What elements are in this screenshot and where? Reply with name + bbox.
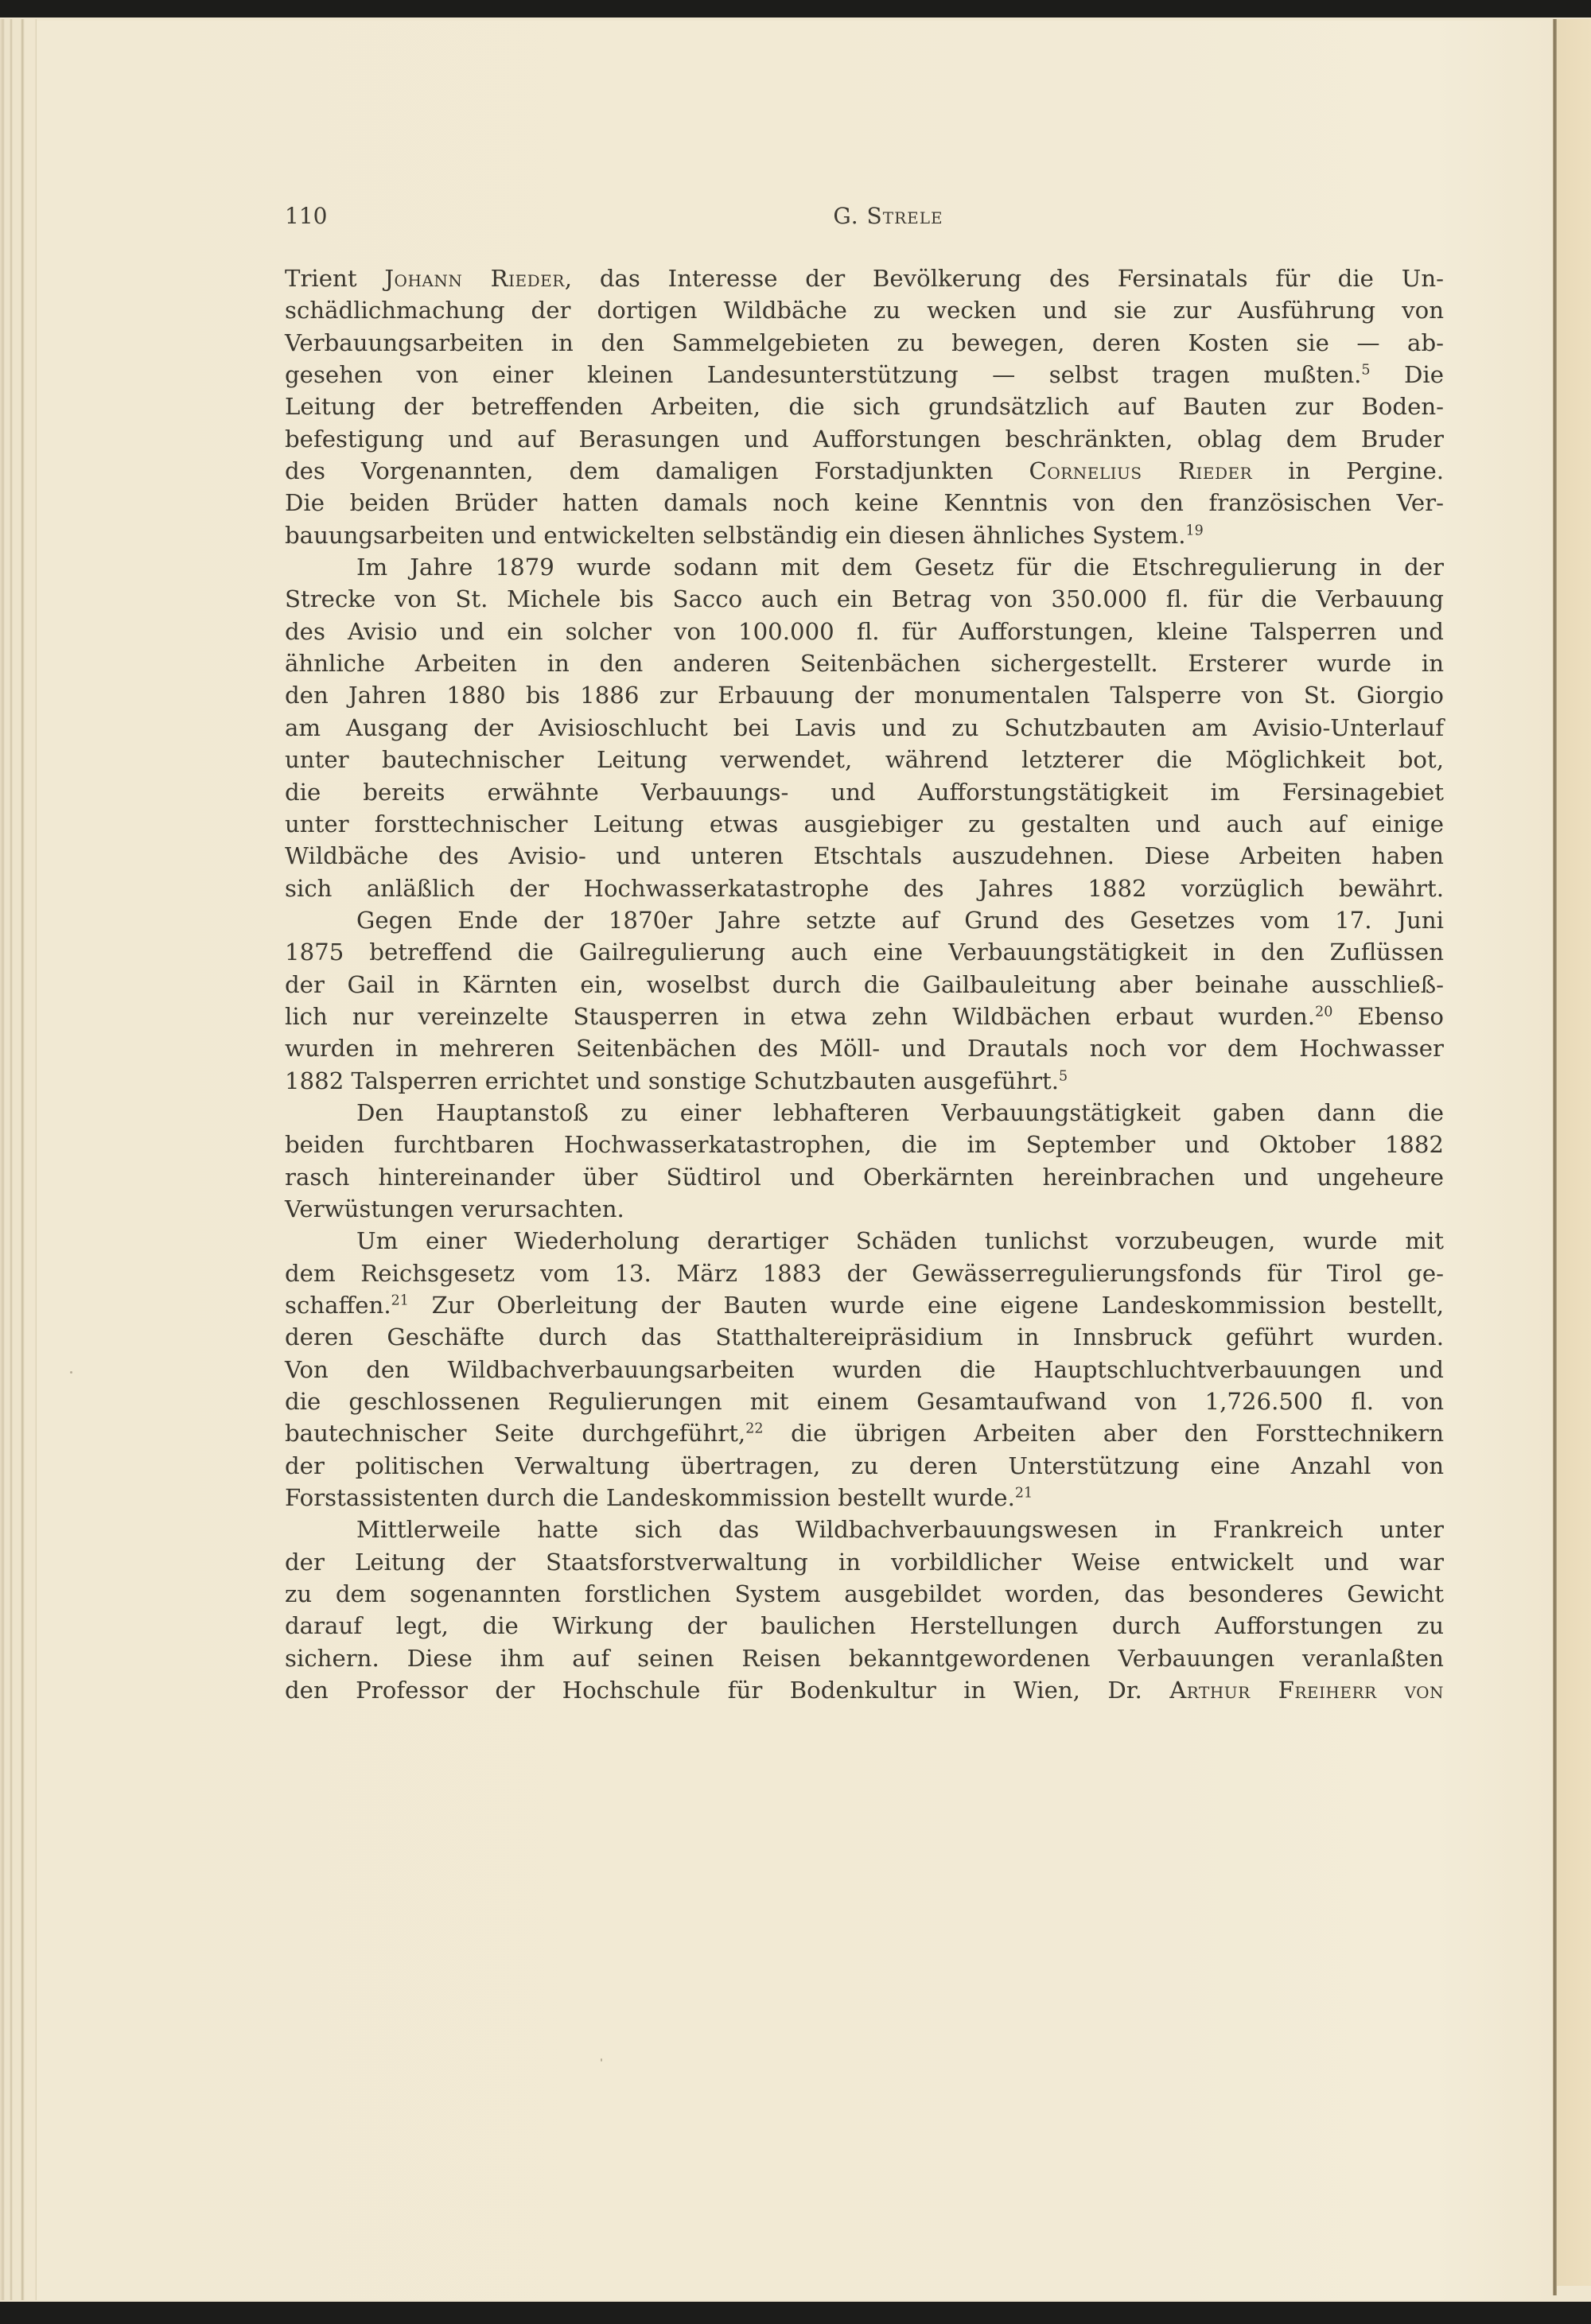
text-line: schaffen.21 Zur Oberleitung der Bauten w… — [285, 1289, 1444, 1321]
text-line: Leitung der betreffenden Arbeiten, die s… — [285, 391, 1444, 422]
footnote-reference: 20 — [1315, 1004, 1332, 1020]
text-line: am Ausgang der Avisioschlucht bei Lavis … — [285, 712, 1444, 744]
text-line: der politischen Verwaltung übertragen, z… — [285, 1450, 1444, 1482]
text-line: lich nur vereinzelte Stausperren in etwa… — [285, 1001, 1444, 1032]
text-line: Um einer Wiederholung derartiger Schäden… — [285, 1225, 1444, 1257]
person-name: Cornelius Rieder — [1029, 457, 1252, 484]
text-line: wurden in mehreren Seitenbächen des Möll… — [285, 1032, 1444, 1064]
text-line: die geschlossenen Regulierungen mit eine… — [285, 1385, 1444, 1417]
running-head: 110 G. Strele — [285, 203, 1444, 235]
text-line: bautechnischer Seite durchgeführt,22 die… — [285, 1417, 1444, 1449]
text-line: unter bautechnischer Leitung verwendet, … — [285, 744, 1444, 775]
text-line: Wildbäche des Avisio- und unteren Etscht… — [285, 840, 1444, 872]
text-line: Gegen Ende der 1870er Jahre setzte auf G… — [285, 904, 1444, 936]
paper-speck — [70, 1371, 72, 1374]
body-text: Trient Johann Rieder, das Interesse der … — [285, 262, 1444, 1706]
text-line: des Vorgenannten, dem damaligen Forstadj… — [285, 455, 1444, 487]
text-line: der Gail in Kärnten ein, woselbst durch … — [285, 969, 1444, 1001]
text-line: deren Geschäfte durch das Statthaltereip… — [285, 1321, 1444, 1353]
text-line: dem Reichsgesetz vom 13. März 1883 der G… — [285, 1257, 1444, 1289]
text-line: den Professor der Hochschule für Bodenku… — [285, 1674, 1444, 1706]
stacked-page-edges — [0, 19, 37, 2300]
text-line: Mittlerweile hatte sich das Wildbachverb… — [285, 1514, 1444, 1545]
text-line: Im Jahre 1879 wurde sodann mit dem Geset… — [285, 551, 1444, 583]
text-line: der Leitung der Staatsforstverwaltung in… — [285, 1546, 1444, 1578]
text-line: Verbauungsarbeiten in den Sammelgebieten… — [285, 327, 1444, 359]
text-line: Von den Wildbachverbauungsarbeiten wurde… — [285, 1354, 1444, 1385]
text-line: 1875 betreffend die Gailregulierung auch… — [285, 936, 1444, 968]
text-line: schädlichmachung der dortigen Wildbäche … — [285, 294, 1444, 326]
text-line: Den Hauptanstoß zu einer lebhafteren Ver… — [285, 1097, 1444, 1129]
text-line: befestigung und auf Berasungen und Auffo… — [285, 423, 1444, 455]
footnote-reference: 22 — [745, 1421, 763, 1437]
facing-page-edge — [1557, 19, 1591, 2286]
text-line: Forstassistenten durch die Landeskommiss… — [285, 1482, 1444, 1514]
person-name: Johann Rieder — [384, 265, 564, 292]
text-line: bauungsarbeiten und entwickelten selbstä… — [285, 519, 1444, 551]
text-line: unter forsttechnischer Leitung etwas aus… — [285, 808, 1444, 840]
running-head-author: G. Strele — [285, 203, 1444, 229]
text-line: des Avisio und ein solcher von 100.000 f… — [285, 616, 1444, 647]
person-name: Arthur Freiherr von — [1169, 1677, 1444, 1704]
text-line: gesehen von einer kleinen Landesunterstü… — [285, 359, 1444, 391]
text-line: ähnliche Arbeiten in den anderen Seitenb… — [285, 647, 1444, 679]
footnote-reference: 21 — [1015, 1486, 1033, 1502]
footnote-reference: 21 — [391, 1293, 409, 1309]
text-line: beiden furchtbaren Hochwasserkatastrophe… — [285, 1129, 1444, 1160]
text-line: sichern. Diese ihm auf seinen Reisen bek… — [285, 1642, 1444, 1674]
text-line: zu dem sogenannten forstlichen System au… — [285, 1578, 1444, 1610]
text-line: den Jahren 1880 bis 1886 zur Erbauung de… — [285, 679, 1444, 711]
text-line: sich anläßlich der Hochwasserkatastrophe… — [285, 872, 1444, 904]
footnote-reference: 5 — [1059, 1068, 1068, 1084]
text-line: Strecke von St. Michele bis Sacco auch e… — [285, 583, 1444, 615]
text-line: Verwüstungen verursachten. — [285, 1193, 1444, 1225]
text-line: rasch hintereinander über Südtirol und O… — [285, 1161, 1444, 1193]
text-line: die bereits erwähnte Verbauungs- und Auf… — [285, 776, 1444, 808]
text-line: 1882 Talsperren errichtet und sonstige S… — [285, 1065, 1444, 1097]
text-line: Trient Johann Rieder, das Interesse der … — [285, 262, 1444, 294]
footnote-reference: 5 — [1361, 363, 1370, 379]
text-line: darauf legt, die Wirkung der baulichen H… — [285, 1610, 1444, 1642]
text-line: Die beiden Brüder hatten damals noch kei… — [285, 487, 1444, 519]
footnote-reference: 19 — [1185, 523, 1203, 538]
paper-speck — [601, 2058, 602, 2062]
